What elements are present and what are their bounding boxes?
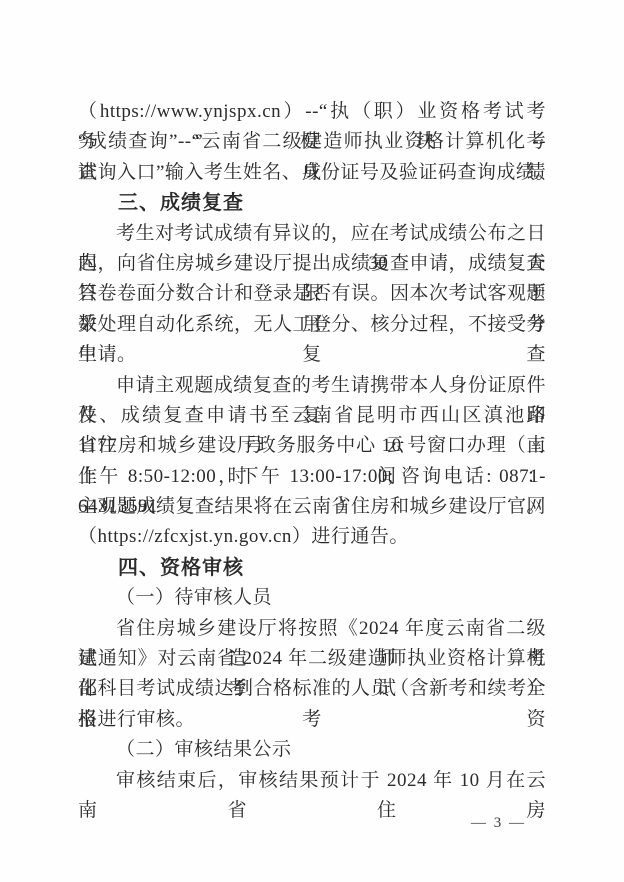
text-line: “成绩查询”--“云南省二级建造师执业资格计算机化考试成绩 bbox=[78, 127, 546, 157]
text-line: 申请主观题成绩复查的考生请携带本人身份证原件及复印 bbox=[78, 371, 546, 401]
text-line: 主观题成绩复查结果将在云南省住房和城乡建设厅官网 bbox=[78, 492, 546, 522]
document-body: （https://www.ynjspx.cn）--“执（职）业资格考试考务”模块… bbox=[78, 97, 546, 796]
text-line: 件、成绩复查申请书至云南省昆明市西山区滇池路 1177 号云南 bbox=[78, 401, 546, 431]
document-page: （https://www.ynjspx.cn）--“执（职）业资格考试考务”模块… bbox=[0, 0, 624, 882]
text-line: （一）待审核人员 bbox=[78, 583, 546, 613]
text-line: 内，向省住房城乡建设厅提出成绩复查申请，成绩复查只限于 bbox=[78, 249, 546, 279]
text-line: 省住房城乡建设厅将按照《2024 年度云南省二级建造师考 bbox=[78, 614, 546, 644]
text-line: 试通知》对云南省 2024 年二级建造师执业资格计算机化考试全 bbox=[78, 644, 546, 674]
text-line: 答卷卷面分数合计和登录是否有误。因本次考试客观题采用分 bbox=[78, 279, 546, 309]
text-line: 数处理自动化系统，无人工登分、核分过程，不接受考生复查 bbox=[78, 310, 546, 340]
section-heading: 三、成绩复查 bbox=[78, 188, 546, 218]
text-line: （https://www.ynjspx.cn）--“执（职）业资格考试考务”模块… bbox=[78, 97, 546, 127]
text-line: 部科目考试成绩达到合格标准的人员（含新考和续考）报考资 bbox=[78, 674, 546, 704]
text-line: 查询入口”输入考生姓名、身份证号及验证码查询成绩。 bbox=[78, 158, 546, 188]
text-line: 审核结束后，审核结果预计于 2024 年 10 月在云南省住房 bbox=[78, 766, 546, 796]
page-number: — 3 — bbox=[471, 815, 526, 832]
section-heading: 四、资格审核 bbox=[78, 553, 546, 583]
text-line: 上午 8:50-12:00，下午 13:00-17:00; 咨询电话: 0871… bbox=[78, 462, 546, 492]
text-line: （二）审核结果公示 bbox=[78, 735, 546, 765]
text-line: 省住房和城乡建设厅政务服务中心 10 号窗口办理（工作时间： bbox=[78, 431, 546, 461]
text-line: 考生对考试成绩有异议的，应在考试成绩公布之日起 30 天 bbox=[78, 219, 546, 249]
text-line: （https://zfcxjst.yn.gov.cn）进行通告。 bbox=[78, 522, 546, 552]
